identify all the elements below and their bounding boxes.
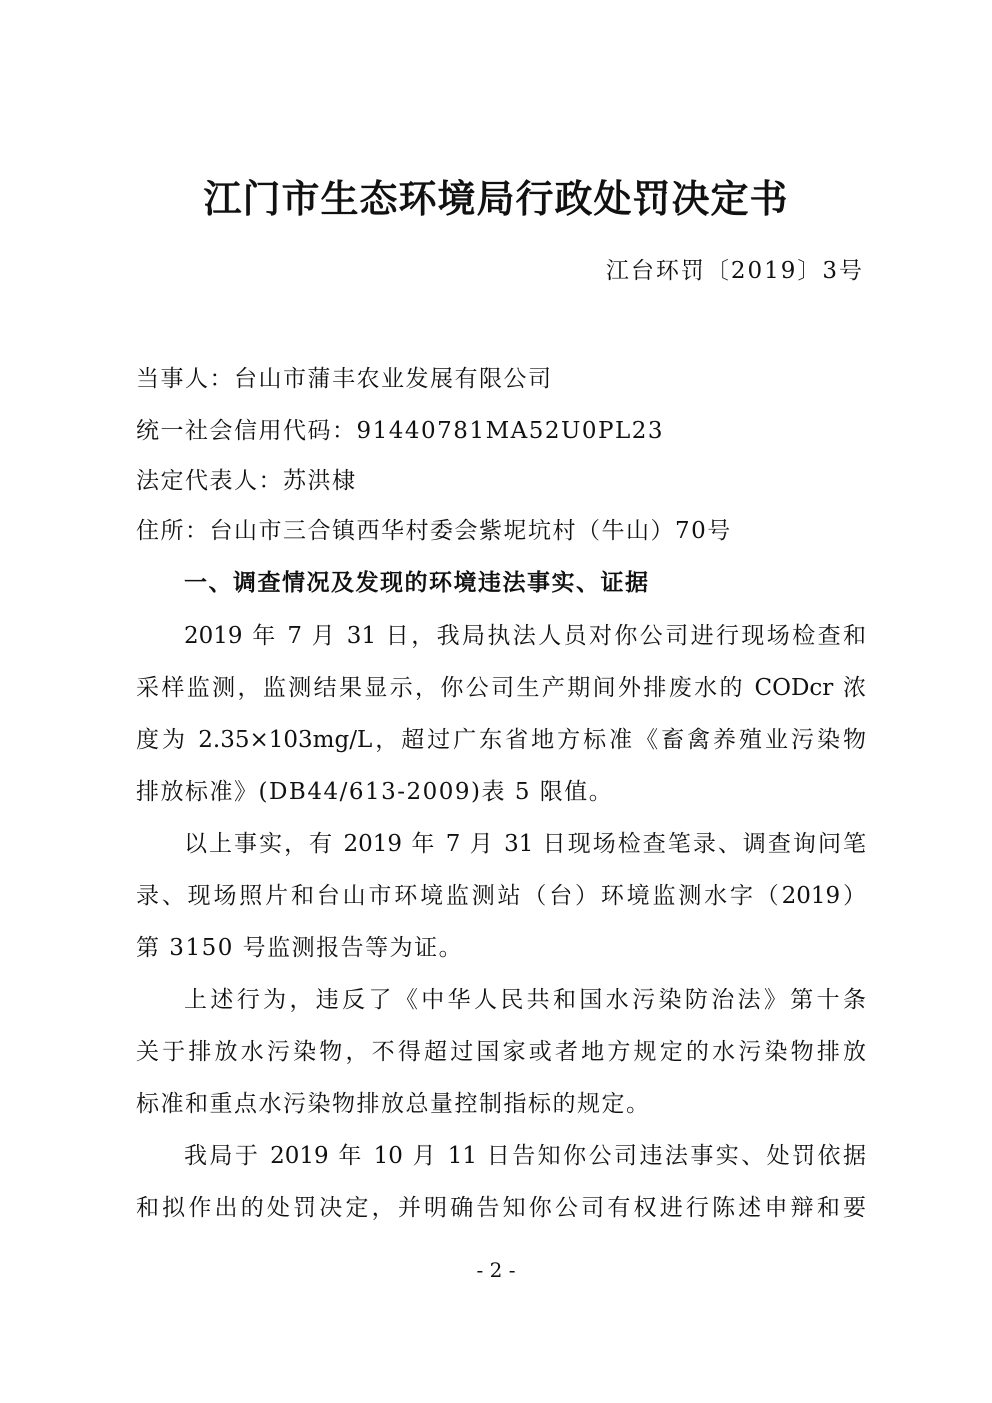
paragraph-line: 排放标准》(DB44/613-2009)表 5 限值。 <box>136 773 866 806</box>
paragraph-line: 采样监测，监测结果显示，你公司生产期间外排废水的 CODcr 浓 <box>136 669 866 702</box>
paragraph-line: 和拟作出的处罚决定，并明确告知你公司有权进行陈述申辩和要 <box>136 1189 866 1222</box>
credit-code: 统一社会信用代码：91440781MA52U0PL23 <box>136 412 866 445</box>
page-number: - 2 - <box>0 1258 992 1282</box>
party-name: 当事人：台山市蒲丰农业发展有限公司 <box>136 360 866 393</box>
paragraph-line: 第 3150 号监测报告等为证。 <box>136 929 866 962</box>
paragraph-line: 以上事实，有 2019 年 7 月 31 日现场检查笔录、调查询问笔 <box>184 825 866 858</box>
paragraph-line: 2019 年 7 月 31 日，我局执法人员对你公司进行现场检查和 <box>184 617 866 650</box>
paragraph-line: 度为 2.35×103mg/L，超过广东省地方标准《畜禽养殖业污染物 <box>136 721 866 754</box>
legal-representative: 法定代表人：苏洪棣 <box>136 462 866 495</box>
document-title: 江门市生态环境局行政处罚决定书 <box>0 168 992 223</box>
paragraph-line: 关于排放水污染物，不得超过国家或者地方规定的水污染物排放 <box>136 1033 866 1066</box>
address: 住所：台山市三合镇西华村委会紫坭坑村（牛山）70号 <box>136 512 866 545</box>
paragraph-line: 录、现场照片和台山市环境监测站（台）环境监测水字（2019） <box>136 877 866 910</box>
section-heading: 一、调查情况及发现的环境违法事实、证据 <box>184 564 914 597</box>
paragraph-line: 我局于 2019 年 10 月 11 日告知你公司违法事实、处罚依据 <box>184 1137 866 1170</box>
paragraph-line: 标准和重点水污染物排放总量控制指标的规定。 <box>136 1085 866 1118</box>
document-number: 江台环罚〔2019〕3号 <box>606 252 864 285</box>
paragraph-line: 上述行为，违反了《中华人民共和国水污染防治法》第十条 <box>184 981 866 1014</box>
